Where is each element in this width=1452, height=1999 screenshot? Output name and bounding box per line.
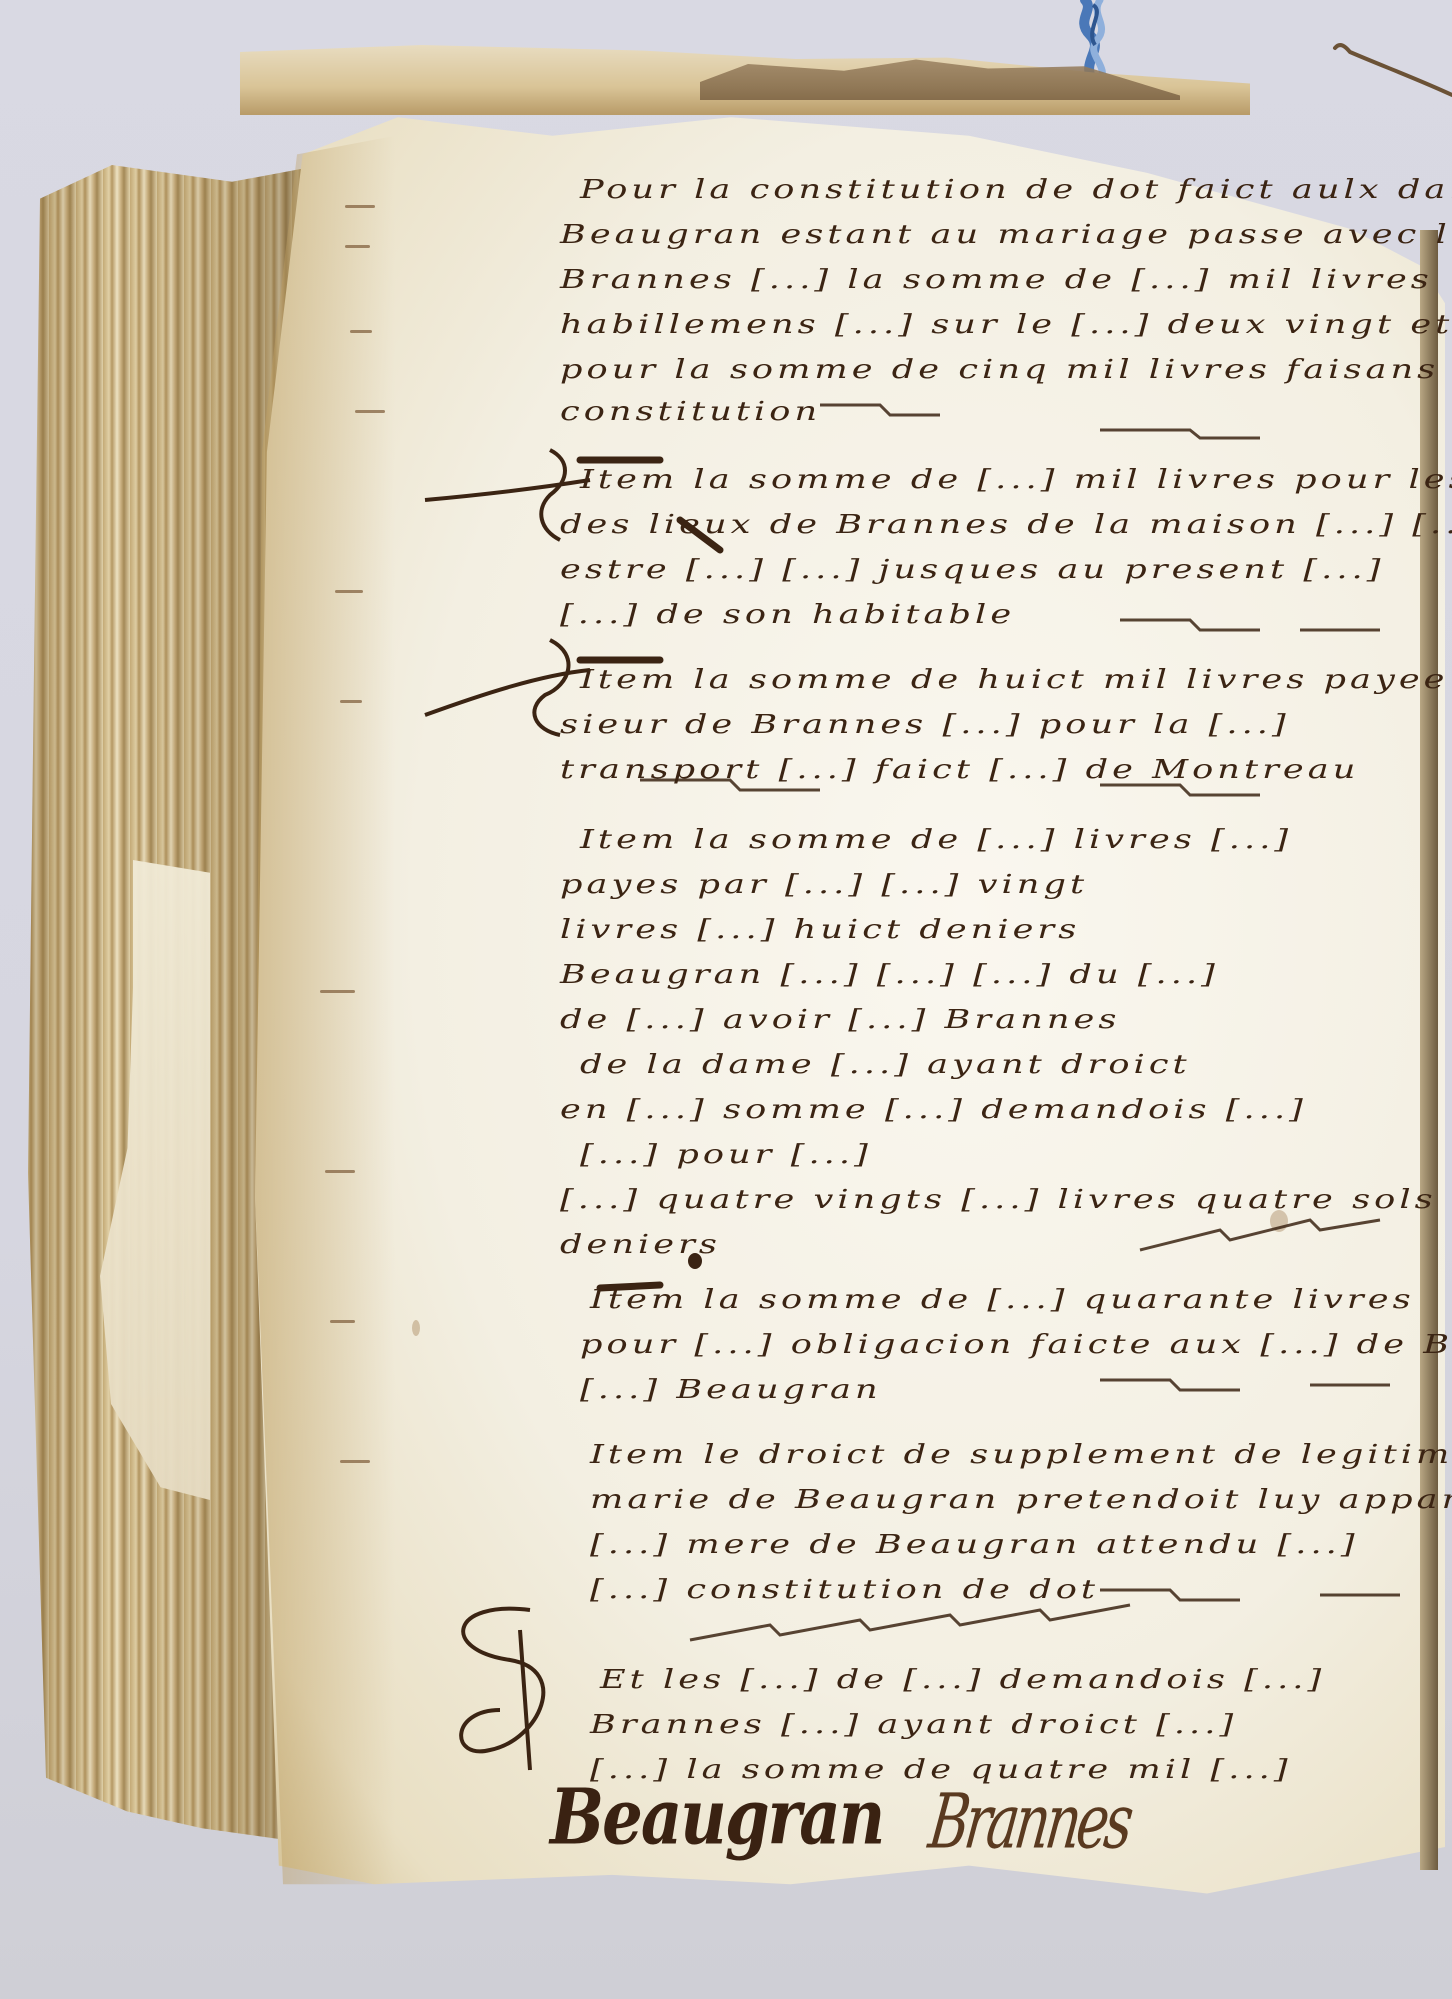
manuscript-photo: Pour la constitution de dot faict aulx d… xyxy=(0,0,1452,1999)
line-filler-strokes xyxy=(540,160,1440,1720)
signature-1: Beaugran xyxy=(550,1773,883,1863)
ink-stain xyxy=(412,1320,420,1336)
twig-icon xyxy=(1330,40,1452,100)
page-gutter-shade xyxy=(255,80,395,1940)
signatures-block: Beaugran Brannes xyxy=(550,1780,1250,1900)
signature-2: Brannes xyxy=(924,1777,1134,1865)
